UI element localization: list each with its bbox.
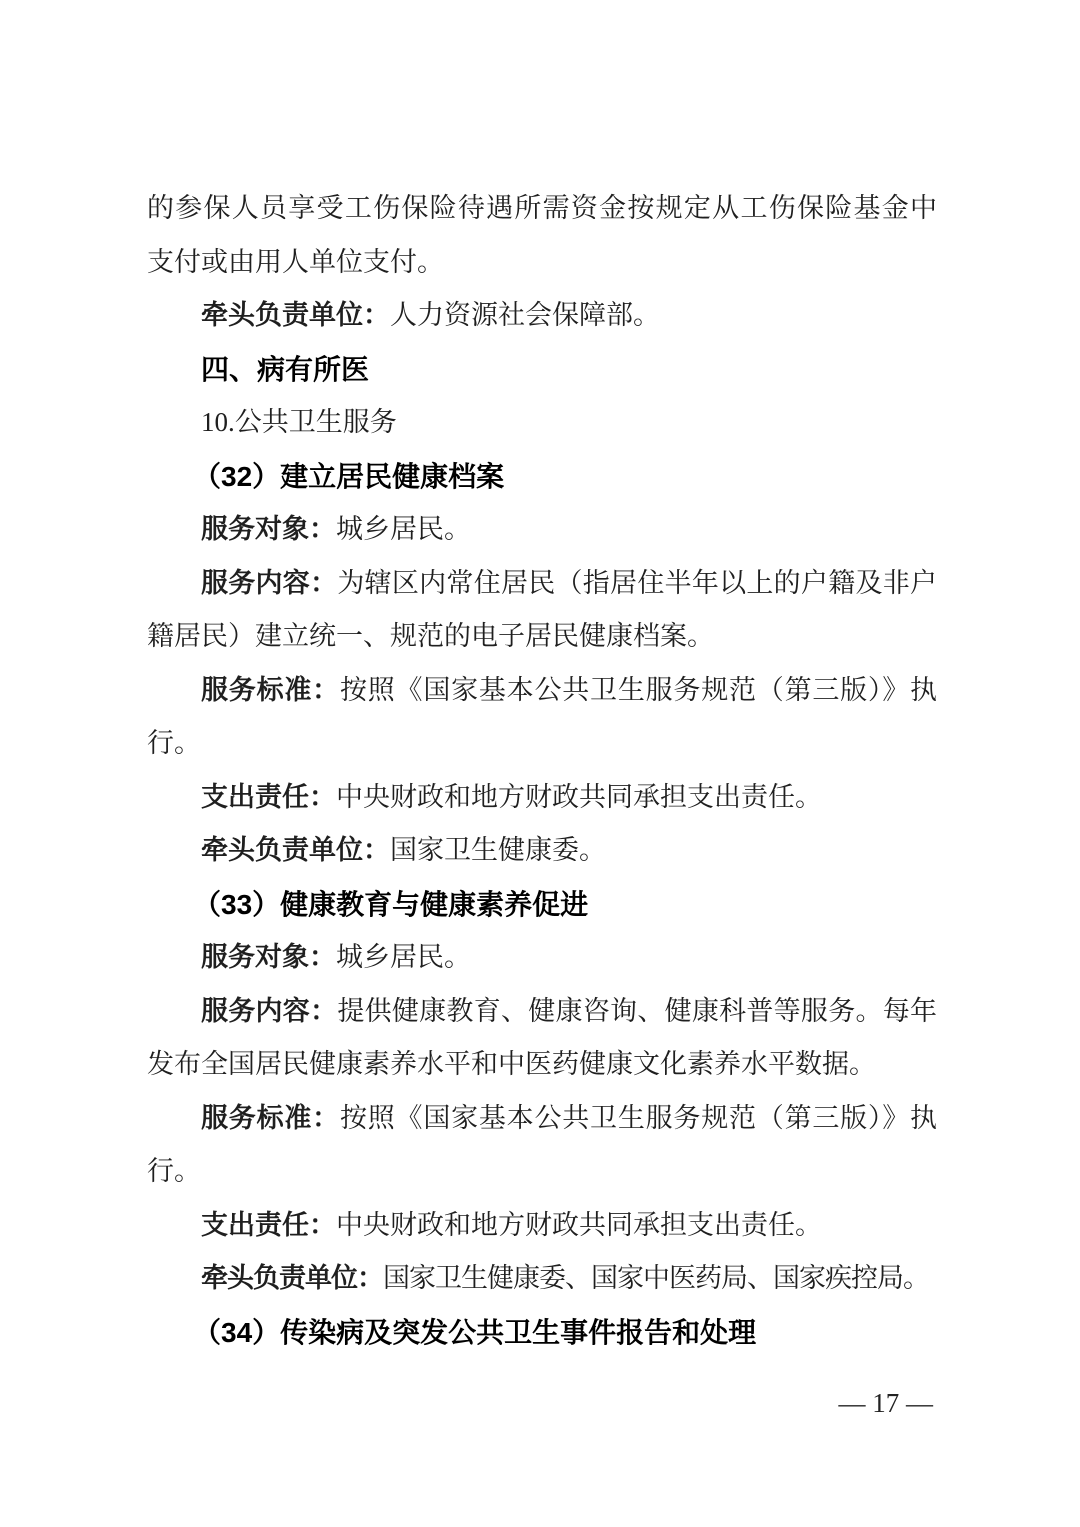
line-text: （34）传染病及突发公共卫生事件报告和处理 (193, 1317, 756, 1348)
line-text: 人力资源社会保障部。 (390, 300, 660, 330)
section-4-heading: 四、病有所医 (147, 343, 937, 397)
line-text: 四、病有所医 (201, 354, 369, 385)
line-text: 10.公共卫生服务 (201, 407, 397, 437)
item-32-heading: （32）建立居民健康档案 (147, 450, 937, 504)
line-text: 城乡居民。 (336, 514, 471, 544)
line-label: 支出责任： (201, 782, 336, 812)
line-text: 按照《国家基本公共卫生服务规范（第三版）》执 (340, 675, 937, 705)
line-text: 的参保人员享受工伤保险待遇所需资金按规定从工伤保险基金中 (147, 193, 937, 223)
line-label: 牵头负责单位： (201, 1263, 383, 1293)
line-text: 发布全国居民健康素养水平和中医药健康文化素养水平数据。 (147, 1049, 876, 1079)
expenditure-line: 支出责任：中央财政和地方财政共同承担支出责任。 (147, 1199, 937, 1253)
service-target-line: 服务对象：城乡居民。 (147, 931, 937, 985)
lead-unit-line: 牵头负责单位：国家卫生健康委。 (147, 824, 937, 878)
line-label: 牵头负责单位： (201, 300, 390, 330)
document-content: 的参保人员享受工伤保险待遇所需资金按规定从工伤保险基金中 支付或由用人单位支付。… (147, 182, 937, 1359)
page-number: — 17 — (839, 1386, 934, 1420)
line-text: 中央财政和地方财政共同承担支出责任。 (336, 782, 822, 812)
line-text: 支付或由用人单位支付。 (147, 247, 444, 277)
line-label: 服务对象： (201, 942, 336, 972)
service-content-continuation: 发布全国居民健康素养水平和中医药健康文化素养水平数据。 (147, 1038, 937, 1092)
line-text: 籍居民）建立统一、规范的电子居民健康档案。 (147, 621, 714, 651)
line-text: （33）健康教育与健康素养促进 (193, 889, 588, 920)
line-text: 为辖区内常住居民（指居住半年以上的户籍及非户 (337, 568, 937, 598)
service-standard-continuation: 行。 (147, 1145, 937, 1199)
paragraph-end-line: 支付或由用人单位支付。 (147, 236, 937, 290)
line-text: （32）建立居民健康档案 (193, 461, 504, 492)
line-text: 按照《国家基本公共卫生服务规范（第三版）》执 (340, 1103, 937, 1133)
expenditure-line: 支出责任：中央财政和地方财政共同承担支出责任。 (147, 771, 937, 825)
service-standard-line: 服务标准：按照《国家基本公共卫生服务规范（第三版）》执 (147, 1092, 937, 1146)
item-10-subheading: 10.公共卫生服务 (147, 396, 937, 450)
paragraph-continuation-line: 的参保人员享受工伤保险待遇所需资金按规定从工伤保险基金中 (147, 182, 937, 236)
line-label: 服务内容： (201, 996, 337, 1026)
service-content-line: 服务内容：为辖区内常住居民（指居住半年以上的户籍及非户 (147, 557, 937, 611)
lead-unit-line: 牵头负责单位：人力资源社会保障部。 (147, 289, 937, 343)
page-number-text: — 17 — (839, 1388, 934, 1418)
line-label: 服务对象： (201, 514, 336, 544)
item-34-heading: （34）传染病及突发公共卫生事件报告和处理 (147, 1306, 937, 1360)
line-label: 服务标准： (201, 1103, 340, 1133)
service-standard-continuation: 行。 (147, 717, 937, 771)
line-text: 中央财政和地方财政共同承担支出责任。 (336, 1210, 822, 1240)
line-text: 提供健康教育、健康咨询、健康科普等服务。每年 (337, 996, 937, 1026)
line-label: 服务标准： (201, 675, 340, 705)
document-page: 的参保人员享受工伤保险待遇所需资金按规定从工伤保险基金中 支付或由用人单位支付。… (0, 0, 1080, 1527)
line-text: 国家卫生健康委。 (390, 835, 606, 865)
line-text: 国家卫生健康委、国家中医药局、国家疾控局。 (383, 1263, 929, 1293)
lead-unit-line: 牵头负责单位：国家卫生健康委、国家中医药局、国家疾控局。 (147, 1252, 937, 1306)
service-content-line: 服务内容：提供健康教育、健康咨询、健康科普等服务。每年 (147, 985, 937, 1039)
line-label: 服务内容： (201, 568, 337, 598)
line-text: 行。 (147, 728, 201, 758)
service-content-continuation: 籍居民）建立统一、规范的电子居民健康档案。 (147, 610, 937, 664)
service-target-line: 服务对象：城乡居民。 (147, 503, 937, 557)
line-label: 牵头负责单位： (201, 835, 390, 865)
line-text: 城乡居民。 (336, 942, 471, 972)
line-label: 支出责任： (201, 1210, 336, 1240)
service-standard-line: 服务标准：按照《国家基本公共卫生服务规范（第三版）》执 (147, 664, 937, 718)
line-text: 行。 (147, 1156, 201, 1186)
item-33-heading: （33）健康教育与健康素养促进 (147, 878, 937, 932)
